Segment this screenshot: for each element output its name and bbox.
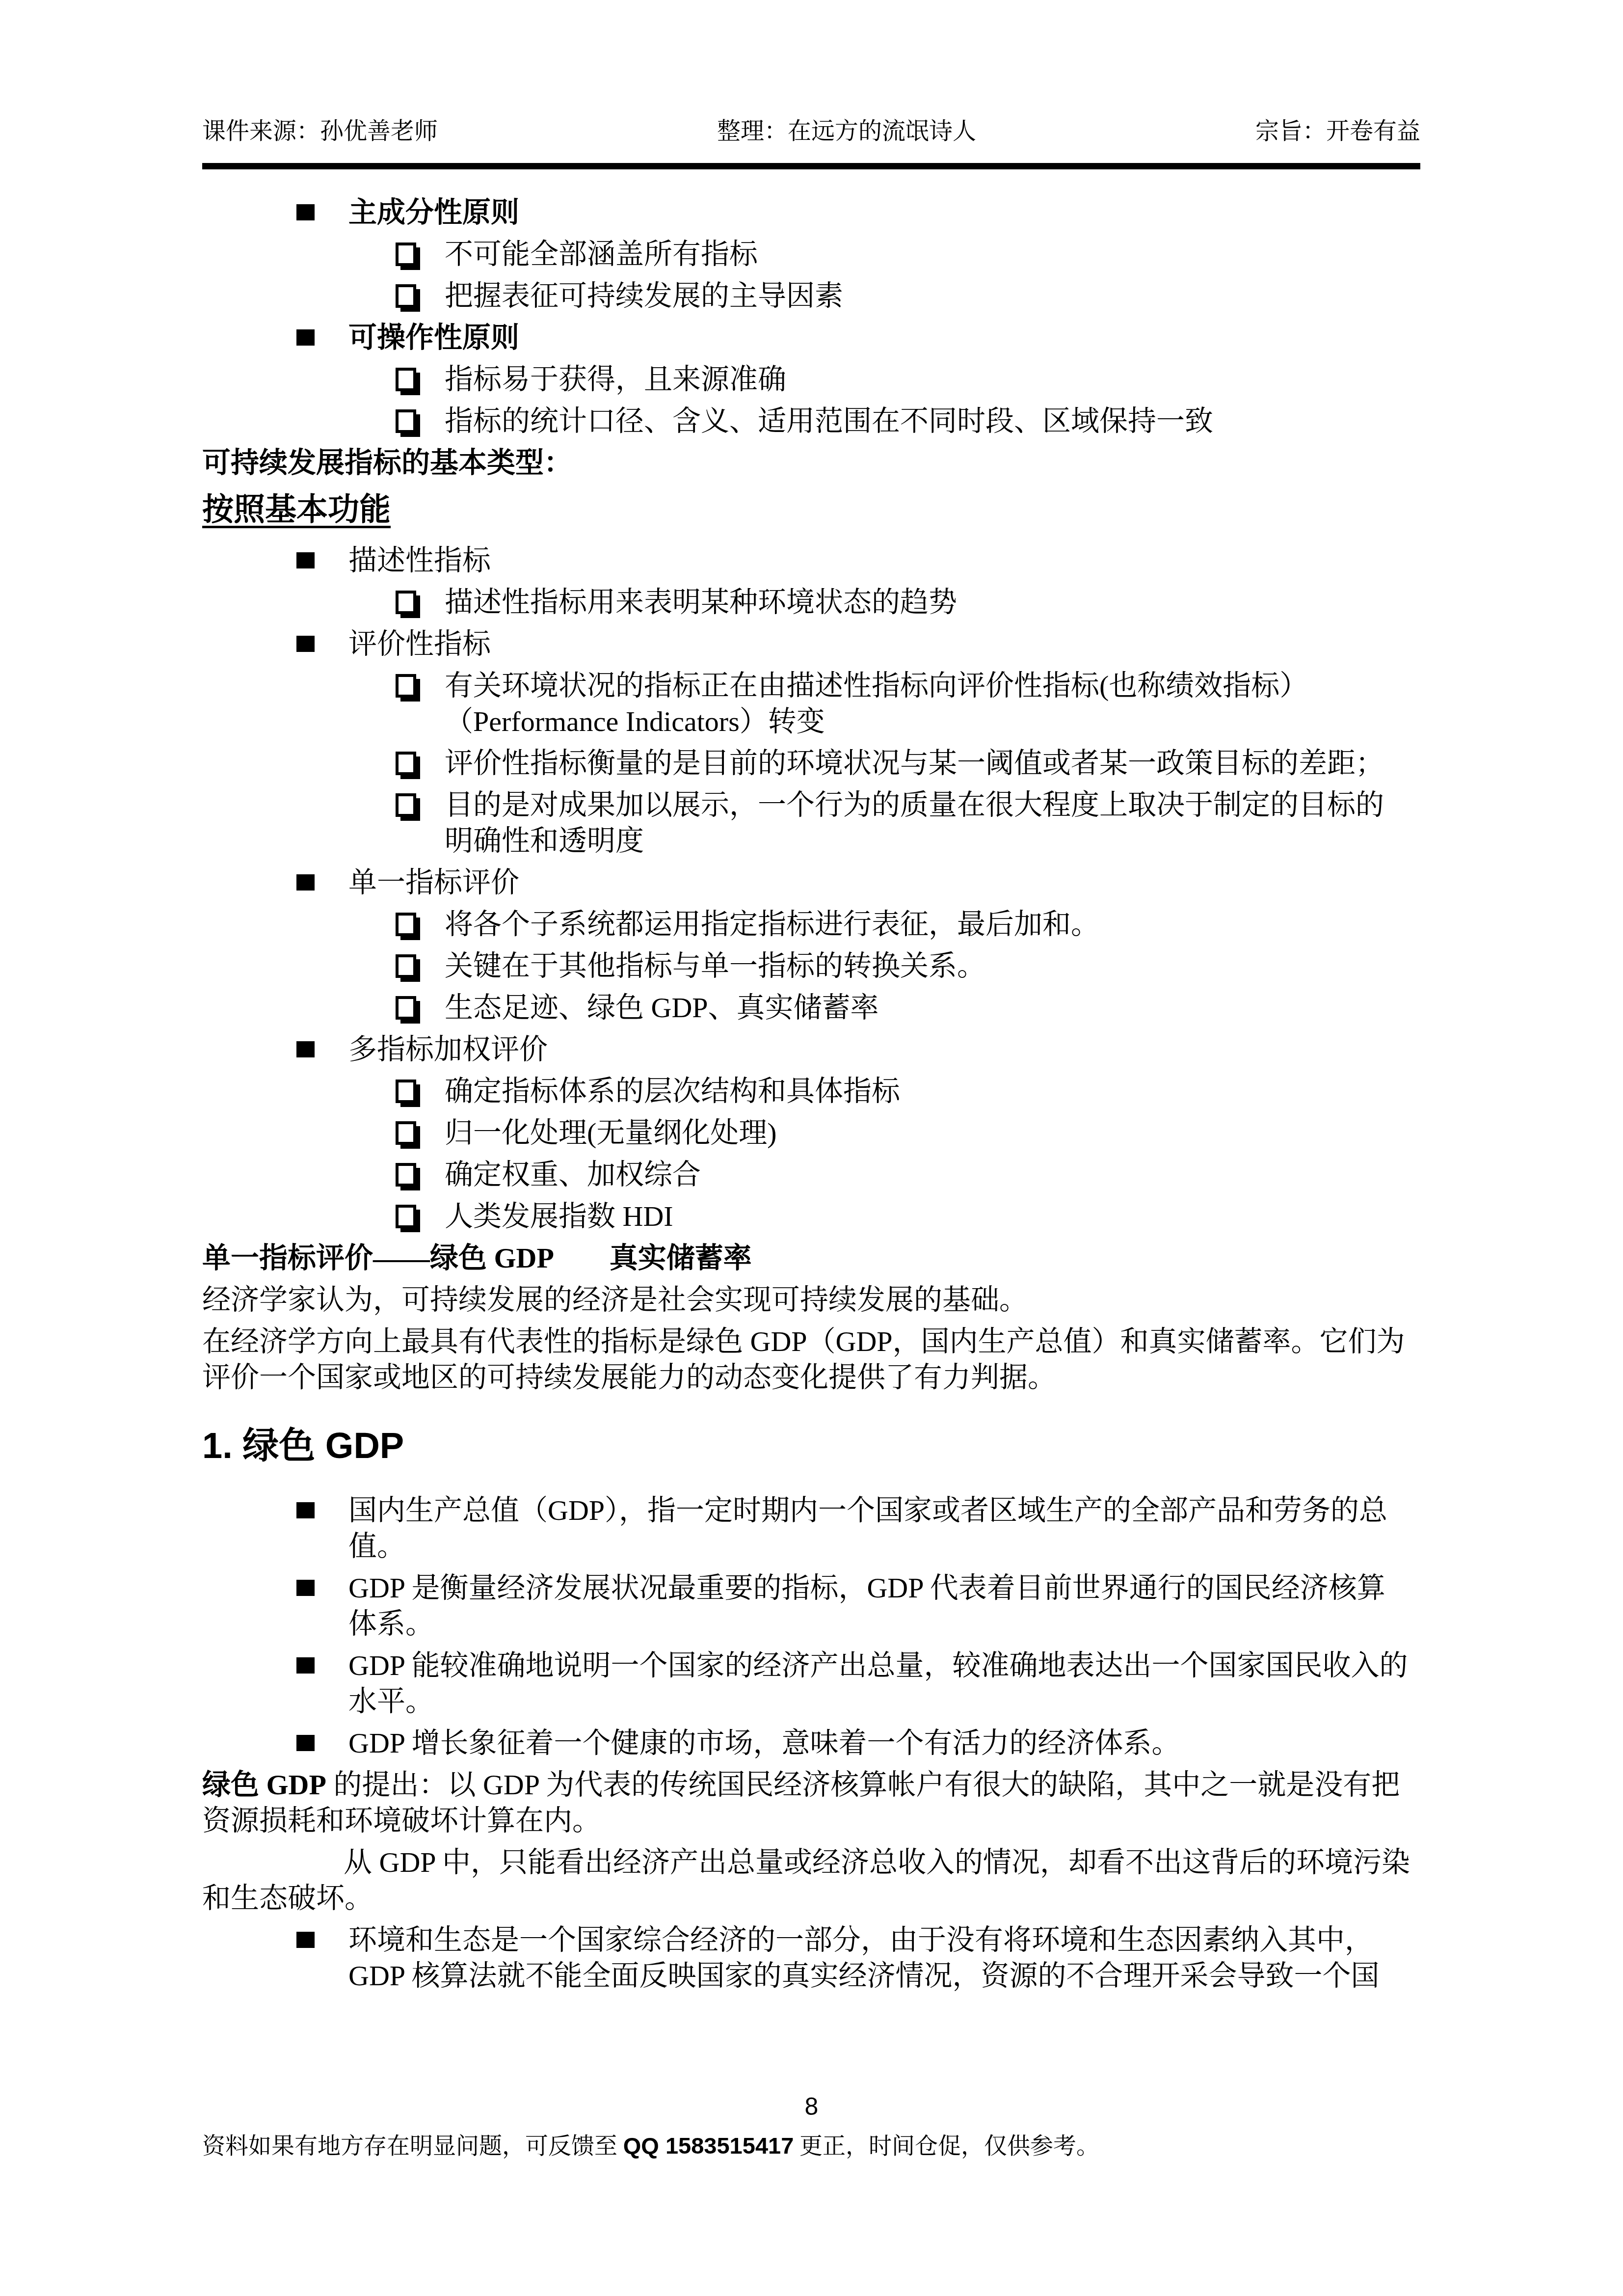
level1-bullet-icon <box>296 1932 315 1948</box>
sub-bullet-item: 目的是对成果加以展示，一个行为的质量在很大程度上取决于制定的目标的明确性和透明度 <box>202 787 1410 859</box>
level2-bullet-icon <box>396 1205 416 1228</box>
level2-bullet-icon <box>396 1080 416 1103</box>
level2-bullet-icon <box>396 243 416 266</box>
sub-bullet-item: 确定指标体系的层次结构和具体指标 <box>202 1073 1410 1109</box>
sub-bullet-item: 不可能全部涵盖所有指标 <box>202 236 1410 272</box>
sub-bullet-item: 生态足迹、绿色 GDP、真实储蓄率 <box>202 990 1410 1026</box>
level1-bullet-icon <box>296 329 315 346</box>
bullet-item: 主成分性原则 <box>202 194 1410 230</box>
sub-bullet-item: 确定权重、加权综合 <box>202 1157 1410 1192</box>
bullet-item-text: 主成分性原则 <box>348 196 519 228</box>
sub-bullet-item: 有关环境状况的指标正在由描述性指标向评价性指标(也称绩效指标） （Perform… <box>202 668 1410 739</box>
level1-bullet-icon <box>296 1502 315 1518</box>
level2-bullet-icon <box>396 674 416 698</box>
sub-bullet-item-text: 有关环境状况的指标正在由描述性指标向评价性指标(也称绩效指标） （Perform… <box>445 670 1308 737</box>
header-organizer-text: 整理：在远方的流氓诗人 <box>717 117 976 146</box>
document-page: 课件来源：孙优善老师 整理：在远方的流氓诗人 宗旨：开卷有益 主成分性原则 不可… <box>0 0 1623 2296</box>
section-heading: 按照基本功能 <box>202 486 1410 533</box>
level1-bullet-icon <box>296 636 315 652</box>
bullet-item: GDP 增长象征着一个健康的市场，意味着一个有活力的经济体系。 <box>202 1725 1410 1761</box>
level2-bullet-icon <box>396 913 416 936</box>
sub-bullet-item-text: 描述性指标用来表明某种环境状态的趋势 <box>445 586 957 618</box>
bullet-item: 描述性指标 <box>202 542 1410 578</box>
bullet-item-text: 环境和生态是一个国家综合经济的一部分，由于没有将环境和生态因素纳入其中，GDP … <box>348 1924 1379 1992</box>
bullet-item-text: 多指标加权评价 <box>348 1033 548 1065</box>
paragraph: 绿色 GDP 的提出：以 GDP 为代表的传统国民经济核算帐户有很大的缺陷，其中… <box>202 1767 1410 1838</box>
paragraph-rest-text: 的提出：以 GDP 为代表的传统国民经济核算帐户有很大的缺陷，其中之一就是没有把… <box>202 1769 1400 1837</box>
sub-bullet-item-text: 指标的统计口径、含义、适用范围在不同时段、区域保持一致 <box>445 405 1213 437</box>
bullet-item-text: 评价性指标 <box>348 628 491 660</box>
level1-bullet-icon <box>296 1041 315 1057</box>
level1-bullet-icon <box>296 204 315 220</box>
sub-bullet-item-text: 指标易于获得，且来源准确 <box>445 363 786 395</box>
level2-bullet-icon <box>396 1121 416 1145</box>
bullet-item: 评价性指标 <box>202 626 1410 662</box>
bullet-item-text: 单一指标评价 <box>348 866 519 898</box>
sub-bullet-item: 人类发展指数 HDI <box>202 1198 1410 1234</box>
level1-bullet-icon <box>296 1657 315 1674</box>
level2-bullet-icon <box>396 284 416 308</box>
bullet-item-text: GDP 是衡量经济发展状况最重要的指标，GDP 代表着目前世界通行的国民经济核算… <box>348 1572 1385 1640</box>
bullet-item-text: GDP 能较准确地说明一个国家的经济产出总量，较准确地表达出一个国家国民收入的水… <box>348 1649 1408 1717</box>
footer-note-prefix: 资料如果有地方存在明显问题，可反馈至 <box>202 2134 623 2159</box>
bullet-item-text: GDP 增长象征着一个健康的市场，意味着一个有活力的经济体系。 <box>348 1727 1180 1759</box>
bullet-item: 多指标加权评价 <box>202 1031 1410 1067</box>
bullet-item: GDP 是衡量经济发展状况最重要的指标，GDP 代表着目前世界通行的国民经济核算… <box>202 1570 1410 1642</box>
paragraph: 在经济学方向上最具有代表性的指标是绿色 GDP（GDP，国内生产总值）和真实储蓄… <box>202 1324 1410 1395</box>
bullet-item: 单一指标评价 <box>202 864 1410 900</box>
sub-bullet-item: 关键在于其他指标与单一指标的转换关系。 <box>202 948 1410 984</box>
sub-bullet-item: 指标易于获得，且来源准确 <box>202 361 1410 397</box>
bullet-item-text: 可操作性原则 <box>348 322 519 353</box>
footer-note-suffix: 更正，时间仓促，仅供参考。 <box>794 2134 1099 2159</box>
sub-bullet-item-text: 生态足迹、绿色 GDP、真实储蓄率 <box>445 992 879 1024</box>
document-body: 主成分性原则 不可能全部涵盖所有指标 把握表征可持续发展的主导因素 可操作性原则… <box>202 194 1410 1999</box>
sub-bullet-item-text: 评价性指标衡量的是目前的环境状况与某一阈值或者某一政策目标的差距； <box>445 747 1384 779</box>
level2-bullet-icon <box>396 591 416 614</box>
sub-bullet-item-text: 确定权重、加权综合 <box>445 1159 701 1190</box>
level2-bullet-icon <box>396 752 416 775</box>
sub-bullet-item-text: 不可能全部涵盖所有指标 <box>445 238 758 270</box>
sub-bullet-item-text: 归一化处理(无量纲化处理) <box>445 1117 777 1149</box>
level2-bullet-icon <box>396 793 416 817</box>
sub-bullet-item: 指标的统计口径、含义、适用范围在不同时段、区域保持一致 <box>202 403 1410 439</box>
paragraph: 经济学家认为，可持续发展的经济是社会实现可持续发展的基础。 <box>202 1282 1410 1318</box>
level2-bullet-icon <box>396 954 416 978</box>
sub-bullet-item: 将各个子系统都运用指定指标进行表征，最后加和。 <box>202 906 1410 942</box>
header-source-text: 课件来源：孙优善老师 <box>202 117 438 146</box>
header-divider <box>202 163 1420 169</box>
sub-bullet-item-text: 目的是对成果加以展示，一个行为的质量在很大程度上取决于制定的目标的明确性和透明度 <box>445 789 1384 857</box>
sub-bullet-item: 归一化处理(无量纲化处理) <box>202 1115 1410 1151</box>
level2-bullet-icon <box>396 368 416 391</box>
bullet-item: 环境和生态是一个国家综合经济的一部分，由于没有将环境和生态因素纳入其中，GDP … <box>202 1922 1410 1994</box>
sub-bullet-item: 描述性指标用来表明某种环境状态的趋势 <box>202 584 1410 620</box>
sub-bullet-item-text: 关键在于其他指标与单一指标的转换关系。 <box>445 950 985 982</box>
paragraph: 从 GDP 中，只能看出经济产出总量或经济总收入的情况，却看不出这背后的环境污染… <box>202 1844 1410 1916</box>
page-number: 8 <box>0 2092 1623 2121</box>
level1-bullet-icon <box>296 874 315 891</box>
header-motto-text: 宗旨：开卷有益 <box>1255 117 1420 146</box>
sub-bullet-item-text: 确定指标体系的层次结构和具体指标 <box>445 1075 900 1107</box>
bullet-item: GDP 能较准确地说明一个国家的经济产出总量，较准确地表达出一个国家国民收入的水… <box>202 1648 1410 1719</box>
sub-bullet-item: 把握表征可持续发展的主导因素 <box>202 278 1410 314</box>
level2-bullet-icon <box>396 409 416 433</box>
bullet-item: 可操作性原则 <box>202 320 1410 355</box>
sub-bullet-item: 评价性指标衡量的是目前的环境状况与某一阈值或者某一政策目标的差距； <box>202 745 1410 781</box>
bullet-item: 国内生产总值（GDP），指一定时期内一个国家或者区域生产的全部产品和劳务的总值。 <box>202 1492 1410 1564</box>
footer-qq-number: QQ 1583515417 <box>623 2133 794 2159</box>
chapter-heading: 1. 绿色 GDP <box>202 1421 1410 1471</box>
sub-bullet-item-text: 把握表征可持续发展的主导因素 <box>445 280 843 312</box>
level2-bullet-icon <box>396 1163 416 1187</box>
paragraph-lead-text: 绿色 GDP <box>202 1769 326 1801</box>
paragraph: 可持续发展指标的基本类型： <box>202 445 1410 481</box>
page-header: 课件来源：孙优善老师 整理：在远方的流氓诗人 宗旨：开卷有益 <box>202 117 1420 146</box>
bullet-item-text: 描述性指标 <box>348 544 491 576</box>
sub-bullet-item-text: 将各个子系统都运用指定指标进行表征，最后加和。 <box>445 908 1099 940</box>
level1-bullet-icon <box>296 552 315 568</box>
footer-note: 资料如果有地方存在明显问题，可反馈至 QQ 1583515417 更正，时间仓促… <box>202 2131 1420 2161</box>
bullet-item-text: 国内生产总值（GDP），指一定时期内一个国家或者区域生产的全部产品和劳务的总值。 <box>348 1494 1387 1562</box>
level1-bullet-icon <box>296 1580 315 1596</box>
paragraph: 单一指标评价——绿色 GDP 真实储蓄率 <box>202 1240 1410 1276</box>
level2-bullet-icon <box>396 996 416 1020</box>
sub-bullet-item-text: 人类发展指数 HDI <box>445 1200 673 1232</box>
level1-bullet-icon <box>296 1735 315 1751</box>
